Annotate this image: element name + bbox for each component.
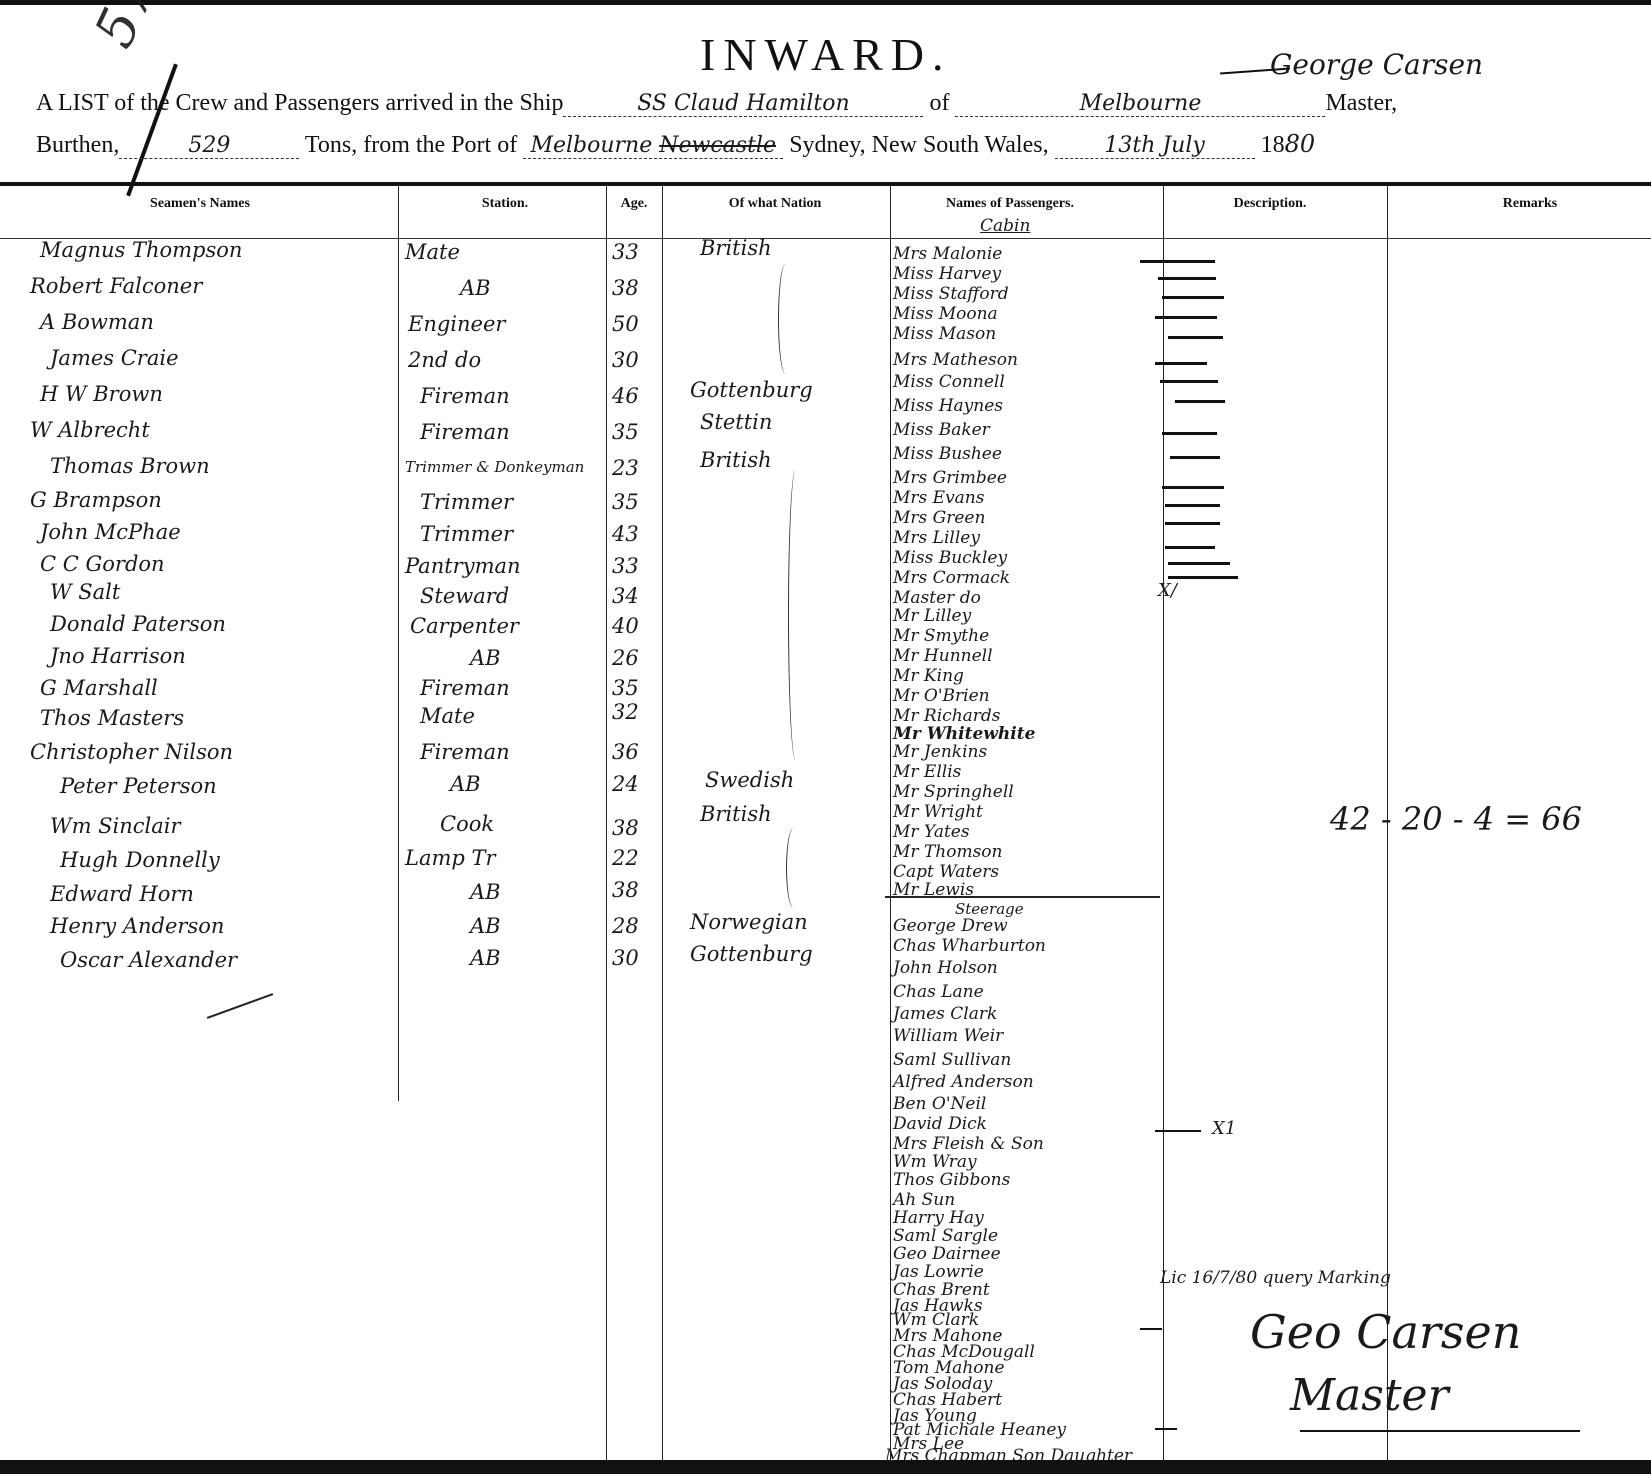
crew-age: 22 xyxy=(612,846,639,870)
crew-name: Hugh Donnelly xyxy=(60,848,220,872)
cabin-label: Cabin xyxy=(980,216,1030,236)
cabin-passenger: Miss Buckley xyxy=(893,548,1007,568)
tick-mark xyxy=(1155,1130,1201,1132)
crew-name: G Brampson xyxy=(30,488,162,512)
home-port: Melbourne xyxy=(955,91,1325,117)
col-passengers: Names of Passengers. xyxy=(900,196,1120,212)
cabin-passenger: Mr Lilley xyxy=(893,606,971,626)
tick-mark xyxy=(1160,380,1218,383)
cabin-passenger: Mrs Evans xyxy=(893,488,984,508)
steerage-passenger: Mrs Fleish & Son xyxy=(893,1134,1044,1154)
cabin-passenger: Miss Haynes xyxy=(893,396,1003,416)
tick-mark xyxy=(1162,486,1224,489)
from-port-value: Melbourne xyxy=(530,133,652,158)
crew-name: Thomas Brown xyxy=(50,454,210,478)
bottom-border xyxy=(0,1460,1651,1474)
tick-mark xyxy=(1165,546,1215,549)
crew-station: AB xyxy=(470,880,501,904)
crew-age: 26 xyxy=(612,646,639,670)
crew-name: James Craie xyxy=(50,346,179,370)
header-underline xyxy=(0,238,1651,239)
crew-nation: Gottenburg xyxy=(690,942,813,966)
crew-name: G Marshall xyxy=(40,676,158,700)
cabin-passenger: Mr Smythe xyxy=(893,626,989,646)
cabin-passenger: Miss Mason xyxy=(893,324,996,344)
licence-note: Lic 16/7/80 query Marking xyxy=(1160,1268,1391,1288)
crew-station: Pantryman xyxy=(405,554,521,578)
crew-age: 33 xyxy=(612,554,639,578)
crew-name: H W Brown xyxy=(40,382,163,406)
divider-station xyxy=(398,186,399,1101)
crew-name: Henry Anderson xyxy=(50,914,224,938)
ditto-mark xyxy=(788,470,803,760)
cabin-passenger: Mrs Lilley xyxy=(893,528,980,548)
header-rule xyxy=(0,182,1651,186)
crew-age: 35 xyxy=(612,676,639,700)
crew-station: Cook xyxy=(440,812,494,836)
cabin-passenger: Mr Springhell xyxy=(893,782,1014,802)
crew-name: John McPhae xyxy=(40,520,181,544)
cabin-passenger: Miss Stafford xyxy=(893,284,1009,304)
tick-mark xyxy=(1140,1328,1162,1330)
col-age: Age. xyxy=(608,196,660,212)
crew-nation: Swedish xyxy=(705,768,794,792)
steerage-passenger: Thos Gibbons xyxy=(893,1170,1010,1190)
folio-number: 579 xyxy=(82,0,183,57)
cabin-passenger: Mr Richards xyxy=(893,706,1001,726)
cabin-passenger: Mr Ellis xyxy=(893,762,961,782)
crew-age: 40 xyxy=(612,614,639,638)
crew-age: 38 xyxy=(612,276,639,300)
tick-mark xyxy=(1155,316,1217,319)
cabin-passenger: Mr Whitewhite xyxy=(893,724,1035,744)
col-station: Station. xyxy=(420,196,590,212)
cabin-passenger: Master do xyxy=(893,588,981,608)
tick-mark xyxy=(1168,336,1223,339)
crew-name: Robert Falconer xyxy=(30,274,202,298)
of-label: of xyxy=(929,90,949,116)
crew-age: 36 xyxy=(612,740,639,764)
cabin-passenger: Miss Baker xyxy=(893,420,990,440)
steerage-passenger: Saml Sullivan xyxy=(893,1050,1011,1070)
crew-name: Edward Horn xyxy=(50,882,194,906)
crew-station: Trimmer & Donkeyman xyxy=(405,458,584,476)
divider-passengers xyxy=(890,186,891,1474)
steerage-passenger: Geo Dairnee xyxy=(893,1244,1001,1264)
crew-name: Oscar Alexander xyxy=(60,948,237,972)
remarks-tally: 42 - 20 - 4 = 66 xyxy=(1330,800,1582,838)
tonnage: 529 xyxy=(119,133,299,159)
crew-age: 35 xyxy=(612,490,639,514)
crew-station: AB xyxy=(460,276,491,300)
crew-age: 50 xyxy=(612,312,639,336)
header-line-voyage: Burthen,529 Tons, from the Port of Melbo… xyxy=(36,130,1315,159)
crew-nation: British xyxy=(700,236,772,260)
steerage-passenger: Chas Lane xyxy=(893,982,984,1002)
crew-name: W Albrecht xyxy=(30,418,150,442)
tick-mark xyxy=(1168,576,1238,579)
crew-age: 43 xyxy=(612,522,639,546)
cabin-passenger: Miss Connell xyxy=(893,372,1005,392)
col-description: Description. xyxy=(1170,196,1370,212)
crew-nation: Gottenburg xyxy=(690,378,813,402)
destination: Sydney, New South Wales, xyxy=(789,132,1048,158)
tick-mark xyxy=(1162,296,1224,299)
crew-name: A Bowman xyxy=(40,310,154,334)
cabin-passenger: Mrs Grimbee xyxy=(893,468,1007,488)
cabin-passenger: Miss Bushee xyxy=(893,444,1002,464)
crew-age: 30 xyxy=(612,348,639,372)
crew-age: 34 xyxy=(612,584,639,608)
top-border xyxy=(0,0,1651,5)
steerage-passenger: William Weir xyxy=(893,1026,1003,1046)
tick-mark xyxy=(1170,456,1220,459)
steerage-passenger: George Drew xyxy=(893,916,1008,936)
crew-station: Fireman xyxy=(420,384,510,408)
crew-station: Carpenter xyxy=(410,614,519,638)
crew-station: Fireman xyxy=(420,740,510,764)
crew-station: AB xyxy=(470,646,501,670)
crew-age: 46 xyxy=(612,384,639,408)
col-seamens-names: Seamen's Names xyxy=(110,196,290,212)
arrival-date: 13th July xyxy=(1055,133,1255,159)
burthen-label: Burthen, xyxy=(36,132,119,158)
header-line-ship: A LIST of the Crew and Passengers arrive… xyxy=(36,90,1397,117)
cabin-passenger: Mrs Green xyxy=(893,508,985,528)
crew-nation: Stettin xyxy=(700,410,772,434)
col-nation: Of what Nation xyxy=(670,196,880,212)
tick-mark xyxy=(1165,504,1220,507)
cabin-passenger: Mr O'Brien xyxy=(893,686,990,706)
description-x-mark: X/ xyxy=(1158,580,1177,601)
tick-mark xyxy=(1165,522,1220,525)
steerage-passenger: Chas Wharburton xyxy=(893,936,1046,956)
crew-name: Jno Harrison xyxy=(50,644,186,668)
crew-age: 33 xyxy=(612,240,639,264)
crew-age: 38 xyxy=(612,816,639,840)
crew-station: Lamp Tr xyxy=(405,846,496,870)
crew-age: 38 xyxy=(612,878,639,902)
steerage-passenger: Ben O'Neil xyxy=(893,1094,986,1114)
cabin-passenger: Mr King xyxy=(893,666,964,686)
crew-station: Mate xyxy=(420,704,475,728)
crew-name: Thos Masters xyxy=(40,706,184,730)
master-label: Master, xyxy=(1325,90,1397,116)
cabin-passenger: Mr Wright xyxy=(893,802,983,822)
master-signature: Geo Carsen xyxy=(1250,1305,1521,1359)
list-prefix: A LIST of the Crew and Passengers arrive… xyxy=(36,90,563,116)
cabin-passenger: Mrs Malonie xyxy=(893,244,1002,264)
steerage-passenger: David Dick xyxy=(893,1114,987,1134)
crew-station: 2nd do xyxy=(408,348,481,372)
year-prefix: 18 xyxy=(1261,132,1285,158)
cabin-passenger: Mr Thomson xyxy=(893,842,1003,862)
steerage-passenger: Saml Sargle xyxy=(893,1226,998,1246)
cabin-passenger: Mr Hunnell xyxy=(893,646,993,666)
cabin-passenger: Mrs Matheson xyxy=(893,350,1018,370)
cabin-passenger: Mr Yates xyxy=(893,822,970,842)
crew-name: Christopher Nilson xyxy=(30,740,233,764)
description-x-mark: X1 xyxy=(1212,1118,1236,1139)
tick-mark xyxy=(1175,400,1225,403)
crew-name: Magnus Thompson xyxy=(40,238,242,262)
crew-station: AB xyxy=(470,914,501,938)
crew-station: Fireman xyxy=(420,676,510,700)
crew-station: Trimmer xyxy=(420,522,513,546)
ship-name: SS Claud Hamilton xyxy=(563,91,923,117)
crew-station: Engineer xyxy=(408,312,505,336)
tick-mark xyxy=(1168,562,1230,565)
tick-mark xyxy=(1158,277,1216,280)
crew-name: W Salt xyxy=(50,580,120,604)
cabin-passenger: Mrs Cormack xyxy=(893,568,1010,588)
tick-mark xyxy=(1140,260,1215,263)
crew-name: Wm Sinclair xyxy=(50,814,181,838)
steerage-passenger: Ah Sun xyxy=(893,1190,955,1210)
steerage-passenger: James Clark xyxy=(893,1004,997,1024)
inward-manifest-page: 579 INWARD. George Carsen A LIST of the … xyxy=(0,0,1651,1474)
cabin-end-rule xyxy=(885,896,1160,898)
tons-label: Tons, from the Port of xyxy=(305,132,517,158)
steerage-passenger: Wm Wray xyxy=(893,1152,977,1172)
crew-name: Donald Paterson xyxy=(50,612,226,636)
col-remarks: Remarks xyxy=(1460,196,1600,212)
signature-underline xyxy=(1300,1430,1580,1432)
crew-name: C C Gordon xyxy=(40,552,165,576)
cabin-passenger: Miss Harvey xyxy=(893,264,1001,284)
struck-out-port: Newcastle xyxy=(659,133,776,158)
steerage-passenger: Harry Hay xyxy=(893,1208,984,1228)
closing-stroke xyxy=(207,993,273,1019)
steerage-passenger: Alfred Anderson xyxy=(893,1072,1034,1092)
tick-mark xyxy=(1162,432,1217,435)
crew-name: Peter Peterson xyxy=(60,774,217,798)
crew-nation: British xyxy=(700,802,772,826)
ditto-mark xyxy=(786,828,801,908)
master-name: George Carsen xyxy=(1270,48,1483,81)
crew-station: Mate xyxy=(405,240,460,264)
tick-mark xyxy=(1155,1428,1177,1430)
crew-age: 30 xyxy=(612,946,639,970)
ditto-mark xyxy=(778,264,793,374)
divider-age xyxy=(606,186,607,1474)
steerage-passenger: Jas Lowrie xyxy=(893,1262,984,1282)
tick-mark xyxy=(1155,362,1207,365)
divider-nation xyxy=(662,186,663,1474)
crew-station: Trimmer xyxy=(420,490,513,514)
crew-age: 32 xyxy=(612,700,639,724)
year-suffix: 80 xyxy=(1285,130,1316,158)
crew-station: AB xyxy=(450,772,481,796)
crew-station: Fireman xyxy=(420,420,510,444)
master-title: Master xyxy=(1290,1370,1449,1421)
page-title: INWARD. xyxy=(700,28,951,81)
steerage-passenger: John Holson xyxy=(893,958,998,978)
crew-age: 24 xyxy=(612,772,639,796)
cabin-passenger: Mr Jenkins xyxy=(893,742,987,762)
cabin-passenger: Miss Moona xyxy=(893,304,998,324)
crew-nation: Norwegian xyxy=(690,910,808,934)
crew-age: 28 xyxy=(612,914,639,938)
crew-station: Steward xyxy=(420,584,509,608)
cabin-passenger: Capt Waters xyxy=(893,862,999,882)
crew-nation: British xyxy=(700,448,772,472)
crew-age: 23 xyxy=(612,456,639,480)
from-port: Melbourne Newcastle xyxy=(523,133,783,159)
crew-station: AB xyxy=(470,946,501,970)
crew-age: 35 xyxy=(612,420,639,444)
